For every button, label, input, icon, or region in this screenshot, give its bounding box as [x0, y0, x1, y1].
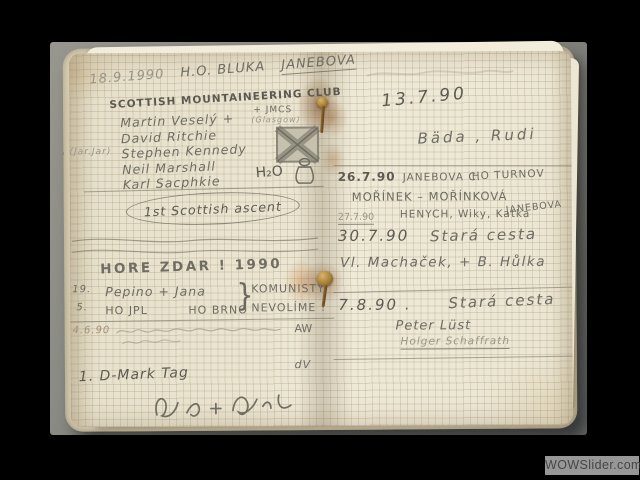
ascent-note: 1st Scottish ascent [144, 198, 283, 219]
slideshow-frame: 18.9.1990 H.O. BLUKA JANEBOVA SCOTTISH M… [0, 0, 640, 480]
entry2-text: JANEBOVA C. [403, 171, 481, 183]
entry5-name-1: Peter Lüst [395, 318, 471, 333]
vote-row-a: Pepino + Jana [105, 284, 206, 300]
left-header-date: 18.9.1990 [89, 67, 165, 88]
teapot-doodle [292, 156, 318, 188]
club-jmcs: + JMCS [253, 105, 292, 115]
entry-4690-initials-2: dV [295, 358, 312, 371]
season-title: HORE ZDAR ! 1990 [100, 256, 282, 278]
left-header-club: H.O. BLUKA [180, 59, 266, 80]
member-list: Martin Veselý + David Ritchie Stephen Ke… [120, 110, 248, 192]
divider-line [334, 165, 573, 166]
brass-pin-middle [317, 271, 333, 286]
vote-num-a: 19. [72, 284, 91, 295]
club-city: (Glasgow) [251, 115, 300, 124]
vote-row-b2: HO BRNO [188, 303, 248, 316]
divider-line [334, 356, 573, 360]
vote-slogan-1: KOMUNISTY [251, 282, 325, 295]
entry4-route: Stará cesta [430, 225, 537, 245]
ascent-note-oval: 1st Scottish ascent [125, 189, 300, 228]
entry2-club: HO TURNOV [471, 168, 544, 183]
entry3-date: 27.7.90 [338, 212, 374, 225]
margin-note: (Jar.Jar) [70, 147, 112, 157]
entry5-route: Stará cesta [448, 290, 556, 312]
dmark-line: 1. D-Mark Tag [78, 365, 189, 385]
entry2-date: 26.7.90 [338, 170, 396, 184]
wavy-divider [70, 234, 322, 257]
signature-scrawl [151, 384, 301, 427]
entry2-names: MOŘÍNEK – MOŘÍNKOVÁ [352, 189, 508, 204]
wowslider-watermark-link[interactable]: WOWSlider.com [545, 456, 639, 475]
h2o-label: H₂O [255, 163, 283, 181]
bleedthrough-scrawl [365, 65, 515, 82]
entry-4690-date: 4.6.90 [72, 325, 110, 336]
entry5-name-2: Holger Schaffrath [401, 335, 511, 350]
entry4-date: 30.7.90 [338, 227, 409, 245]
entry3-extra: JANEBOVA [505, 199, 562, 216]
illegible-scrawl [114, 324, 286, 349]
entry5-date: 7.8.90 . [338, 296, 411, 314]
vote-slogan-2: NEVOLÍME ! [251, 301, 326, 314]
entry1-date: 13.7.90 [381, 84, 468, 112]
left-header-line: 18.9.1990 H.O. BLUKA JANEBOVA [89, 53, 357, 88]
vote-num-b: 5. [76, 302, 88, 313]
entry1-names: Bäda , Rudi [417, 125, 537, 148]
vote-row-b1: HO JPL [105, 304, 148, 317]
watermark-label: WOWSlider.com [545, 458, 640, 472]
left-header-name: JANEBOVA [281, 53, 357, 76]
entry-4690-initials-1: AW [294, 322, 312, 335]
entry4-names: Vl. Machaček, + B. Hůlka [340, 254, 546, 271]
club-title: SCOTTISH MOUNTAINEERING CLUB [109, 86, 342, 111]
